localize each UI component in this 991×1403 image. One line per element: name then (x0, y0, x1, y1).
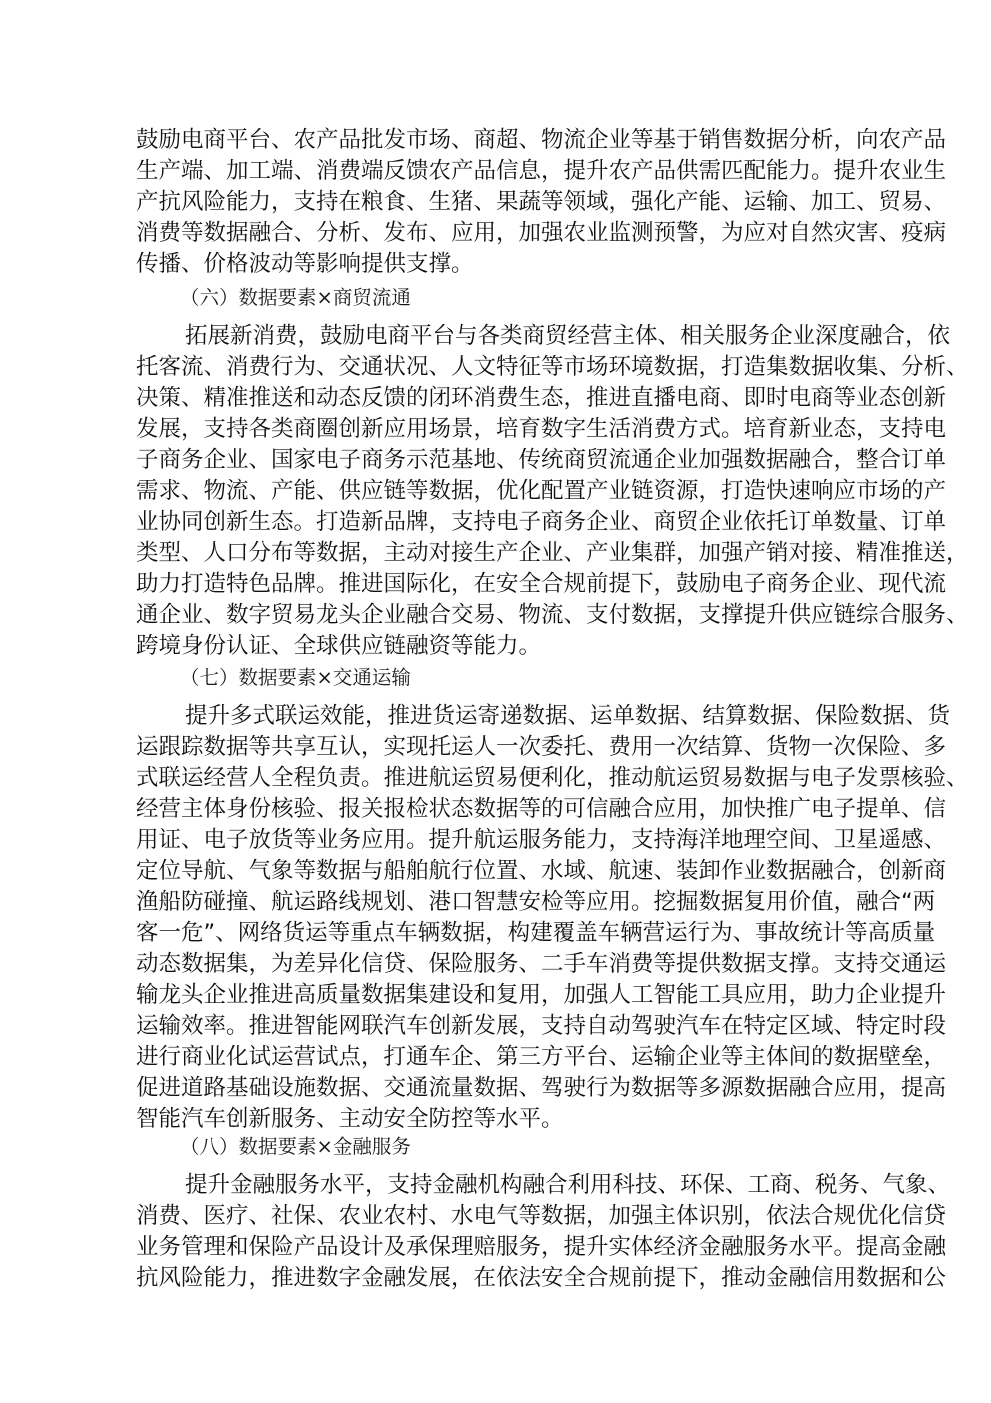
text-line: 智能汽车创新服务、主动安全防控等水平。 (136, 1105, 853, 1133)
text-line: 业务管理和保险产品设计及承保理赔服务，提升实体经济金融服务水平。提高金融 (136, 1233, 853, 1261)
text-line: 需求、物流、产能、供应链等数据，优化配置产业链资源，打造快速响应市场的产 (136, 477, 853, 505)
text-line: 抗风险能力，推进数字金融发展，在依法安全合规前提下，推动金融信用数据和公 (136, 1264, 853, 1292)
text-line: 发展，支持各类商圈创新应用场景，培育数字生活消费方式。培育新业态，支持电 (136, 415, 853, 443)
text-line: 助力打造特色品牌。推进国际化，在安全合规前提下，鼓励电子商务企业、现代流 (136, 570, 853, 598)
text-line: 消费等数据融合、分析、发布、应用，加强农业监测预警，为应对自然灾害、疫病 (136, 219, 853, 247)
text-line: 用证、电子放货等业务应用。提升航运服务能力，支持海洋地理空间、卫星遥感、 (136, 826, 853, 854)
text-line: 鼓励电商平台、农产品批发市场、商超、物流企业等基于销售数据分析，向农产品 (136, 126, 853, 154)
text-line: 输龙头企业推进高质量数据集建设和复用，加强人工智能工具应用，助力企业提升 (136, 981, 853, 1009)
text-line: 定位导航、气象等数据与船舶航行位置、水域、航速、装卸作业数据融合，创新商 (136, 857, 853, 885)
text-line: 业协同创新生态。打造新品牌，支持电子商务企业、商贸企业依托订单数量、订单 (136, 508, 853, 536)
text-line: 产抗风险能力，支持在粮食、生猪、果蔬等领域，强化产能、运输、加工、贸易、 (136, 188, 853, 216)
text-line: 拓展新消费，鼓励电商平台与各类商贸经营主体、相关服务企业深度融合，依 (185, 322, 853, 350)
text-line: 运输效率。推进智能网联汽车创新发展，支持自动驾驶汽车在特定区域、特定时段 (136, 1012, 853, 1040)
text-line: 类型、人口分布等数据，主动对接生产企业、产业集群，加强产销对接、精准推送， (136, 539, 853, 567)
section-heading-finance: （八）数据要素×金融服务 (180, 1134, 411, 1160)
document-page: 鼓励电商平台、农产品批发市场、商超、物流企业等基于销售数据分析，向农产品 生产端… (0, 0, 991, 1403)
text-line: 促进道路基础设施数据、交通流量数据、驾驶行为数据等多源数据融合应用，提高 (136, 1074, 853, 1102)
text-line: 客一危”、网络货运等重点车辆数据，构建覆盖车辆营运行为、事故统计等高质量 (136, 919, 853, 947)
section-heading-commerce: （六）数据要素×商贸流通 (180, 285, 411, 311)
text-line: 运跟踪数据等共享互认，实现托运人一次委托、费用一次结算、货物一次保险、多 (136, 733, 853, 761)
text-line: 式联运经营人全程负责。推进航运贸易便利化，推动航运贸易数据与电子发票核验、 (136, 764, 853, 792)
text-line: 子商务企业、国家电子商务示范基地、传统商贸流通企业加强数据融合，整合订单 (136, 446, 853, 474)
text-line: 提升金融服务水平，支持金融机构融合利用科技、环保、工商、税务、气象、 (185, 1171, 853, 1199)
text-line: 通企业、数字贸易龙头企业融合交易、物流、支付数据，支撑提升供应链综合服务、 (136, 601, 853, 629)
text-line: 渔船防碰撞、航运路线规划、港口智慧安检等应用。挖掘数据复用价值，融合“两 (136, 888, 853, 916)
text-line: 进行商业化试运营试点，打通车企、第三方平台、运输企业等主体间的数据壁垒， (136, 1043, 853, 1071)
text-line: 消费、医疗、社保、农业农村、水电气等数据，加强主体识别，依法合规优化信贷 (136, 1202, 853, 1230)
text-line: 动态数据集，为差异化信贷、保险服务、二手车消费等提供数据支撑。支持交通运 (136, 950, 853, 978)
text-line: 托客流、消费行为、交通状况、人文特征等市场环境数据，打造集数据收集、分析、 (136, 353, 853, 381)
text-line: 决策、精准推送和动态反馈的闭环消费生态，推进直播电商、即时电商等业态创新 (136, 384, 853, 412)
text-line: 传播、价格波动等影响提供支撑。 (136, 250, 853, 278)
text-line: 生产端、加工端、消费端反馈农产品信息，提升农产品供需匹配能力。提升农业生 (136, 157, 853, 185)
section-heading-transport: （七）数据要素×交通运输 (180, 665, 411, 691)
text-line: 经营主体身份核验、报关报检状态数据等的可信融合应用，加快推广电子提单、信 (136, 795, 853, 823)
text-line: 跨境身份认证、全球供应链融资等能力。 (136, 632, 853, 660)
text-line: 提升多式联运效能，推进货运寄递数据、运单数据、结算数据、保险数据、货 (185, 702, 853, 730)
